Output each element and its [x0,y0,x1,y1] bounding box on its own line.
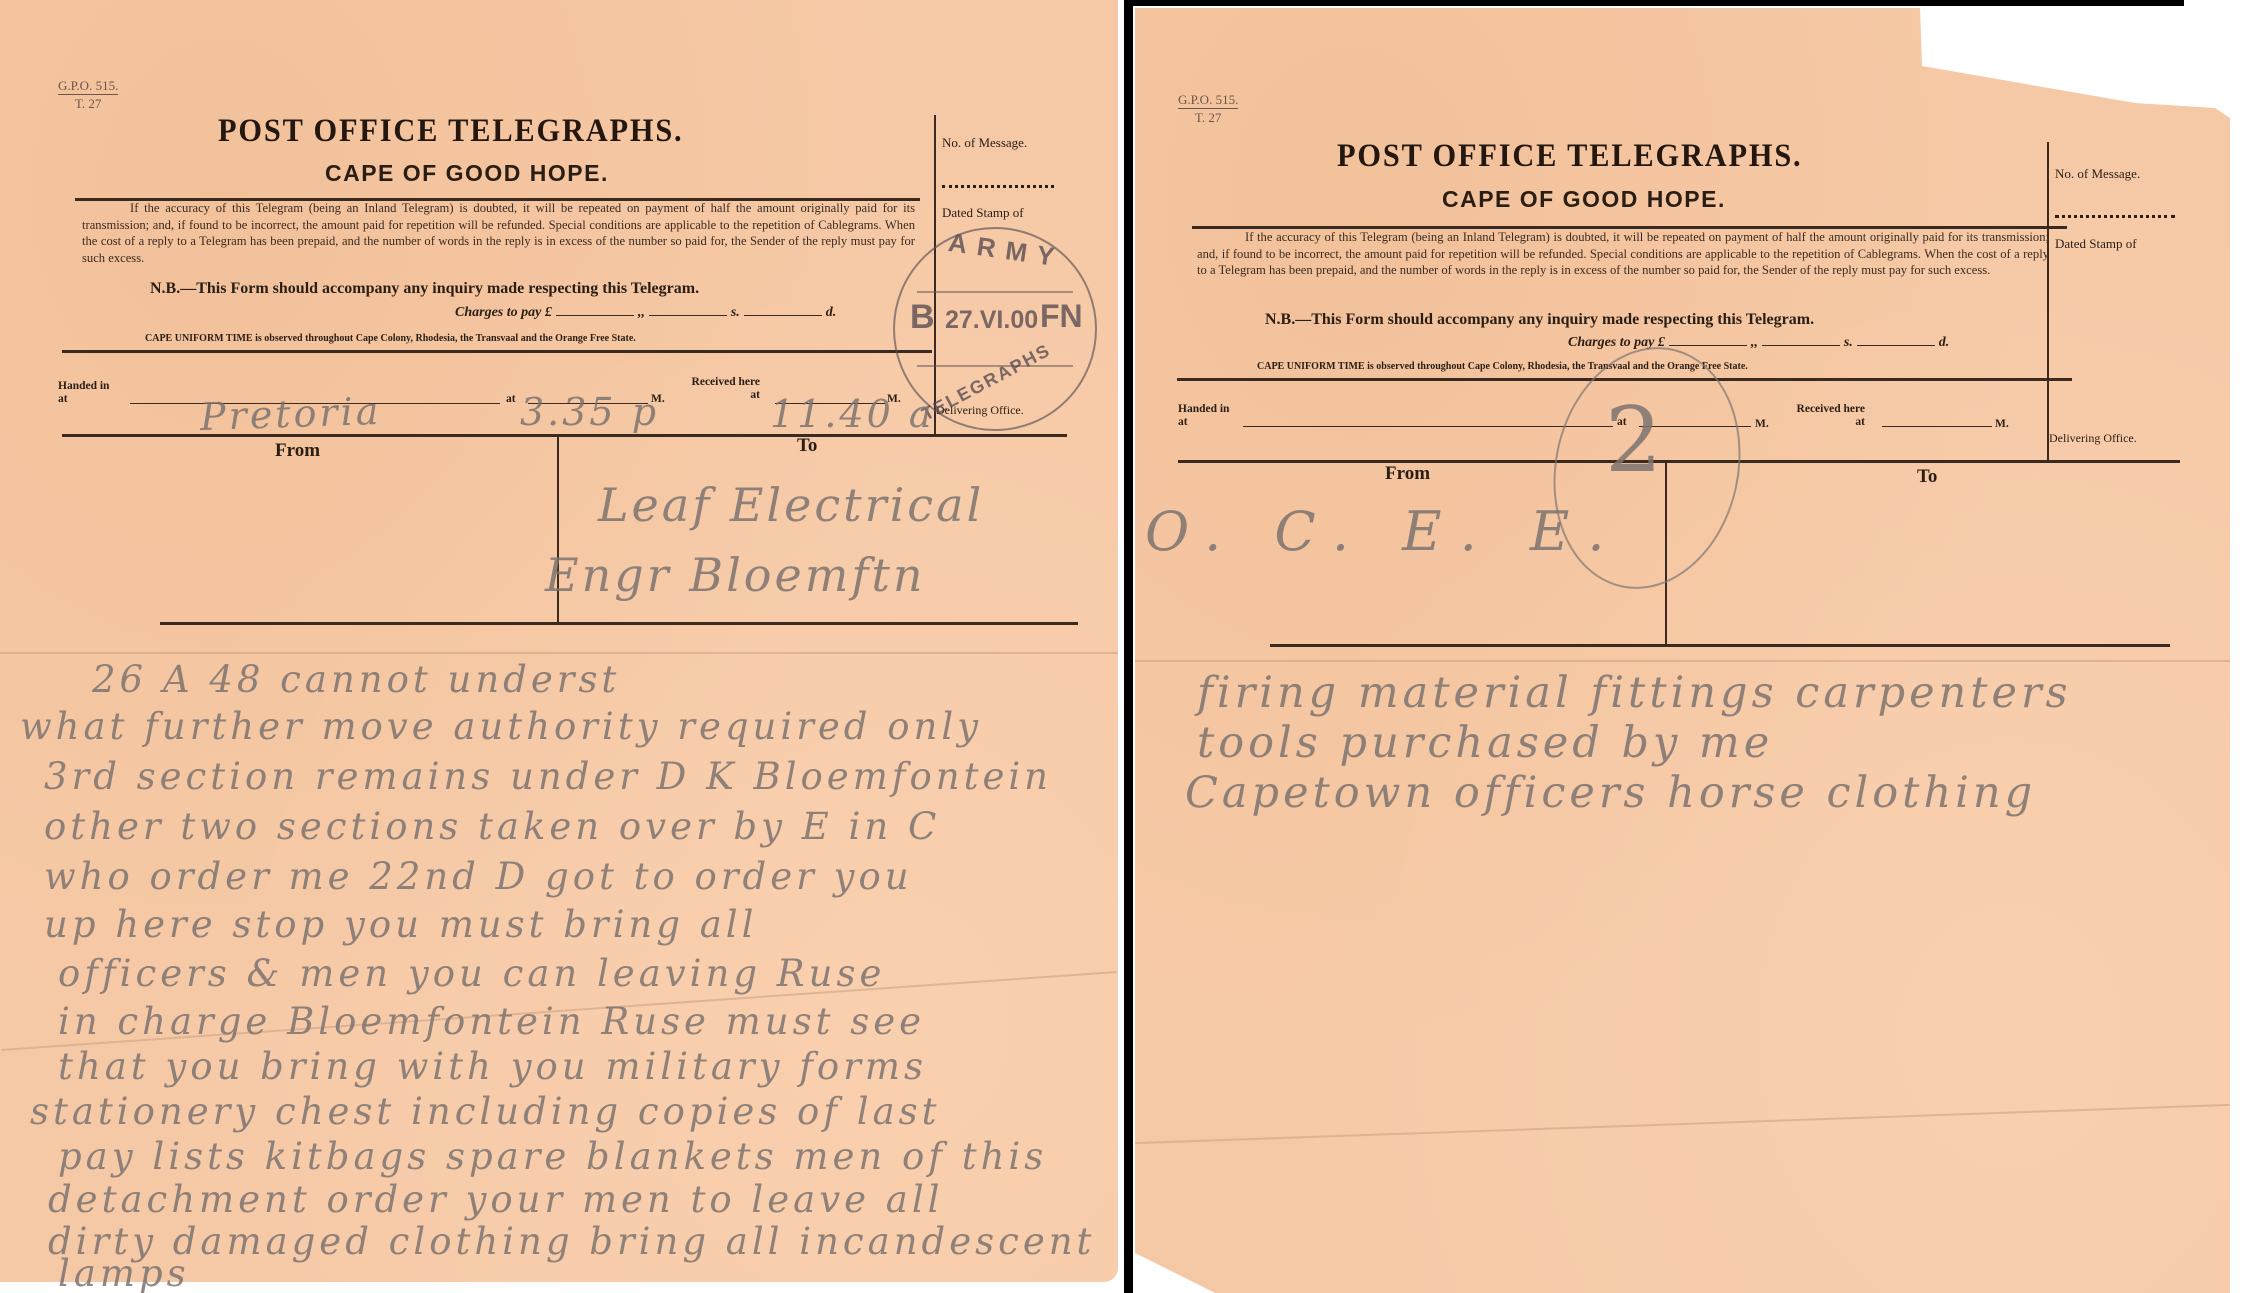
paper-fold [0,652,1118,654]
message-number-field[interactable] [942,185,1054,188]
stamp-code-right: FN [1040,298,1083,335]
message-line: firing material fittings carpenters [1197,668,2072,718]
sheet-divider [1124,0,1133,1293]
form-code-bottom: T. 27 [1178,110,1238,125]
received-time-handwritten: 11.40 a [770,392,935,436]
handed-in-label: Handed in at [1178,403,1238,429]
received-time-field[interactable] [1882,426,1992,427]
form-title: POST OFFICE TELEGRAPHS. [218,113,684,150]
address-bottom-rule [1270,644,2170,647]
message-line: tools purchased by me [1197,718,1773,768]
message-line: lamps [58,1252,190,1293]
message-line: in charge Bloemfontein Ruse must see [58,1000,925,1043]
nb-notice: N.B.—This Form should accompany any inqu… [1265,311,1814,329]
paper-fold [1135,660,2230,662]
scan-border [1124,0,2184,6]
telegram-form-page-1: G.P.O. 515. T. 27 POST OFFICE TELEGRAPHS… [0,0,1118,1282]
delivering-office-label: Delivering Office. [2049,431,2137,446]
to-label: To [797,435,817,457]
accuracy-notice: If the accuracy of this Telegram (being … [82,200,915,266]
stamp-code-left: B [910,298,935,337]
m-label-2: M. [1995,418,2009,431]
message-line: 3rd section remains under D K Bloemfonte… [44,755,1052,798]
message-line: detachment order your men to leave all [48,1178,944,1221]
form-code-bottom: T. 27 [58,96,118,111]
no-of-message-label: No. of Message. [2055,166,2140,182]
message-line: what further move authority required onl… [20,705,982,748]
message-line: other two sections taken over by E in C [44,805,940,848]
handed-in-office-field[interactable] [1243,426,1613,427]
from-value-handwritten: O. C. E. E. [1145,500,1623,563]
dated-stamp-label: Dated Stamp of [942,205,1024,221]
form-code-top: G.P.O. 515. [1178,92,1238,107]
message-line: dirty damaged clothing bring all incande… [48,1220,1095,1263]
form-title: POST OFFICE TELEGRAPHS. [1337,138,1803,175]
received-label: Received here at [690,376,760,402]
nb-notice: N.B.—This Form should accompany any inqu… [150,280,699,298]
paper-fold [1135,1104,2229,1144]
message-line: officers & men you can leaving Ruse [58,952,885,995]
no-of-message-label: No. of Message. [942,135,1027,151]
page-number-handwritten: 2 [1605,388,1665,493]
charges-rule [62,350,932,353]
message-line: 26 A 48 cannot underst [92,658,620,701]
charges-to-pay: Charges to pay £,,s.d. [1568,335,1949,351]
message-line: Capetown officers horse clothing [1185,768,2036,818]
message-number-field[interactable] [2055,215,2175,218]
message-line: that you bring with you military forms [58,1045,927,1088]
received-label: Received here at [1795,403,1865,429]
message-line: up here stop you must bring all [44,903,757,946]
charges-to-pay: Charges to pay £,,s.d. [455,305,836,321]
telegram-form-page-2: G.P.O. 515. T. 27 POST OFFICE TELEGRAPHS… [1135,8,2230,1293]
stamp-date: 27.VI.00 [945,306,1038,335]
form-code: G.P.O. 515. T. 27 [1178,92,1238,125]
form-subtitle: CAPE OF GOOD HOPE. [325,160,609,187]
from-label: From [1385,463,1430,485]
handed-in-label: Handed in at [58,380,118,406]
to-label: To [1917,466,1937,488]
dated-stamp-label: Dated Stamp of [2055,236,2137,252]
address-bottom-rule [160,622,1078,625]
handed-in-time-handwritten: 3.35 p [520,390,659,434]
message-line: stationery chest including copies of las… [30,1090,941,1133]
to-address-line-2: Engr Bloemftn [545,548,925,602]
message-line: pay lists kitbags spare blankets men of … [58,1135,1047,1178]
handed-in-place-handwritten: Pretoria [199,389,382,439]
message-line: who order me 22nd D got to order you [44,855,913,898]
from-label: From [275,440,320,462]
accuracy-notice: If the accuracy of this Telegram (being … [1197,229,2049,279]
at-label: at [506,393,516,406]
form-code-top: G.P.O. 515. [58,78,118,93]
m-label: M. [1755,418,1769,431]
column-rule [2047,142,2049,460]
cape-uniform-time: CAPE UNIFORM TIME is observed throughout… [145,333,636,344]
form-code: G.P.O. 515. T. 27 [58,78,118,111]
form-subtitle: CAPE OF GOOD HOPE. [1442,186,1726,213]
to-address-line-1: Leaf Electrical [598,478,984,532]
